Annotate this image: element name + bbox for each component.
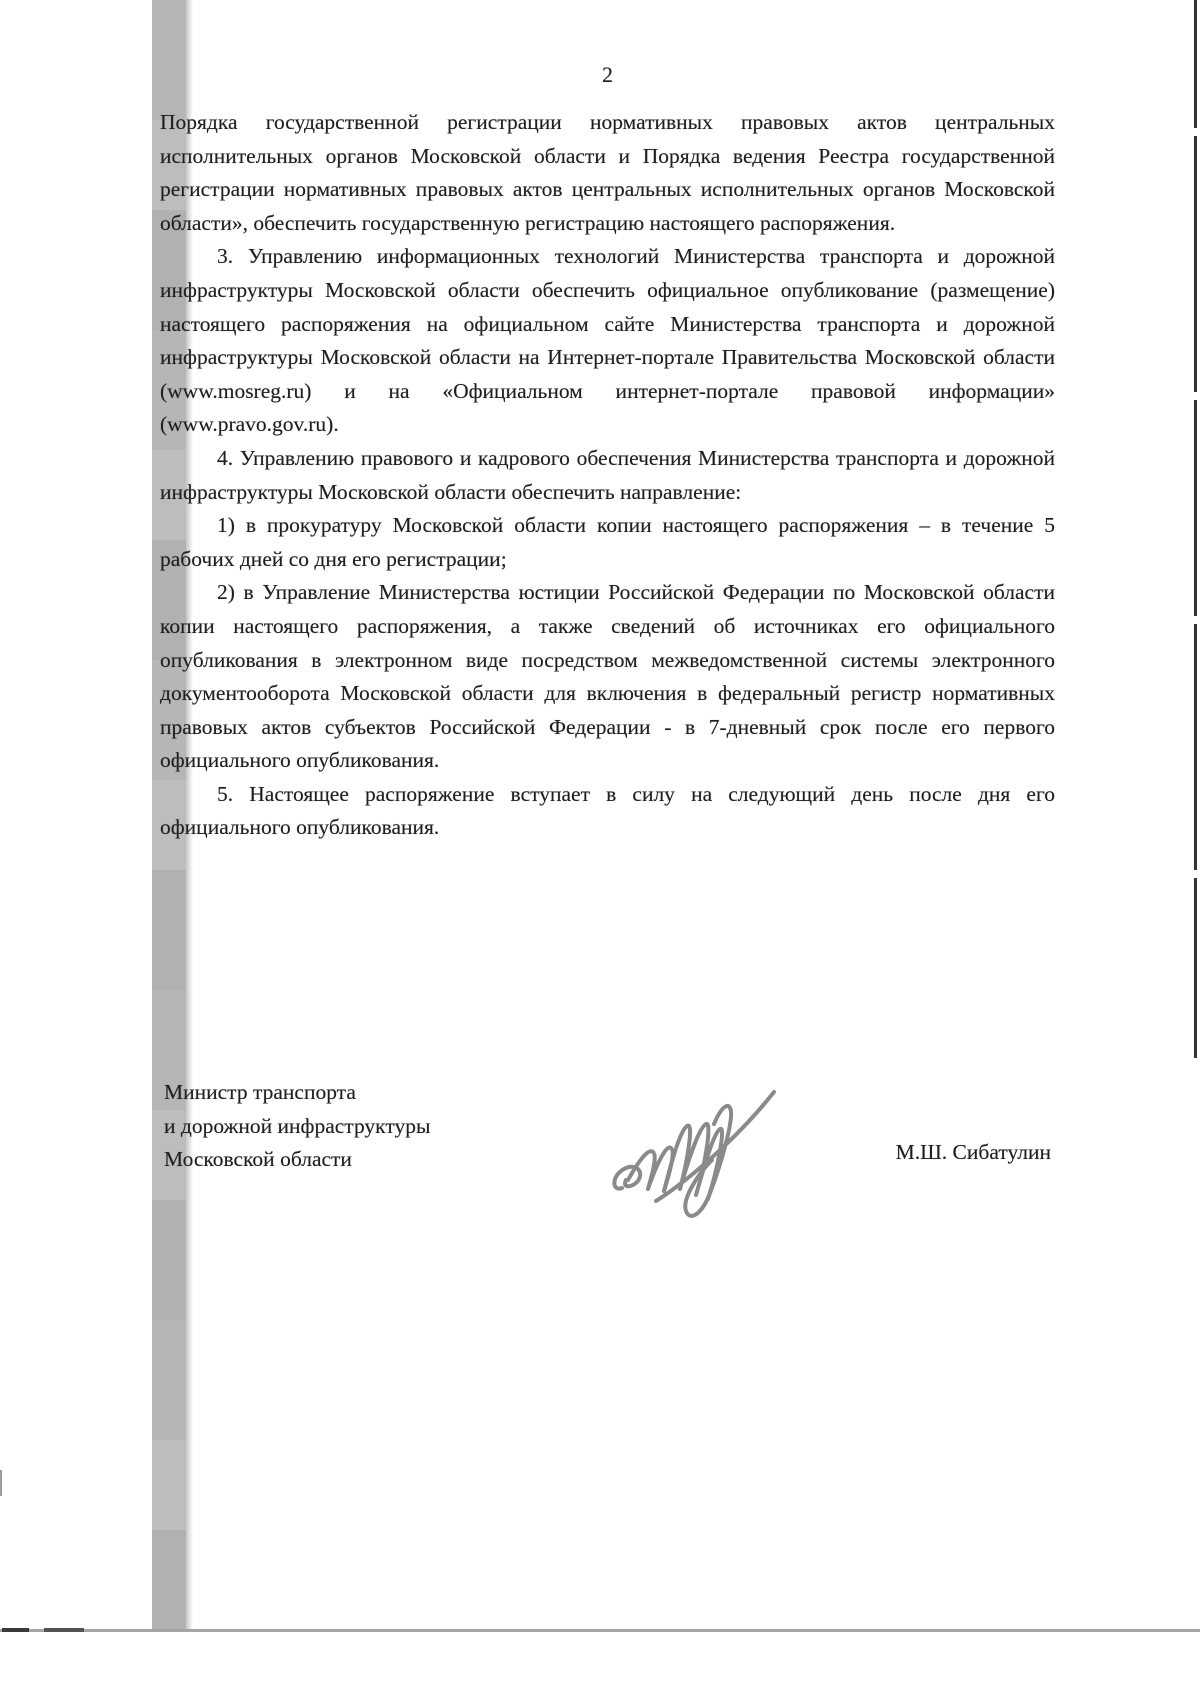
paragraph-4-subitem-2: 2) в Управление Министерства юстиции Рос… <box>160 576 1055 778</box>
signature-block: Министр транспорта и дорожной инфраструк… <box>160 1076 1055 1226</box>
paragraph-4: 4. Управлению правового и кадрового обес… <box>160 442 1055 509</box>
page-edge-line-right <box>1194 624 1197 870</box>
signatory-title-line: Министр транспорта <box>164 1076 430 1110</box>
page-edge-line-right <box>1194 0 1197 128</box>
scan-mark <box>2 1628 29 1632</box>
paragraph-4-subitem-1: 1) в прокуратуру Московской области копи… <box>160 509 1055 576</box>
body-text: Порядка государственной регистрации норм… <box>160 106 1055 845</box>
signatory-title-line: Московской области <box>164 1143 430 1177</box>
scan-mark <box>0 1470 2 1496</box>
signatory-title: Министр транспорта и дорожной инфраструк… <box>164 1076 430 1177</box>
signatory-name: М.Ш. Сибатулин <box>896 1140 1051 1165</box>
scan-mark <box>44 1628 84 1632</box>
page-edge-line-right <box>1194 400 1197 616</box>
scanned-document-page: 2 Порядка государственной регистрации но… <box>0 0 1200 1696</box>
paragraph-continuation: Порядка государственной регистрации норм… <box>160 106 1055 240</box>
page-edge-line-right <box>1194 878 1197 1058</box>
paragraph-5: 5. Настоящее распоряжение вступает в сил… <box>160 778 1055 845</box>
paragraph-3: 3. Управлению информационных технологий … <box>160 240 1055 442</box>
signatory-title-line: и дорожной инфраструктуры <box>164 1110 430 1144</box>
page-bottom-edge-line <box>0 1629 1200 1632</box>
handwritten-signature-icon <box>612 1072 782 1222</box>
page-edge-line-right <box>1194 136 1197 392</box>
page-number: 2 <box>160 62 1055 88</box>
